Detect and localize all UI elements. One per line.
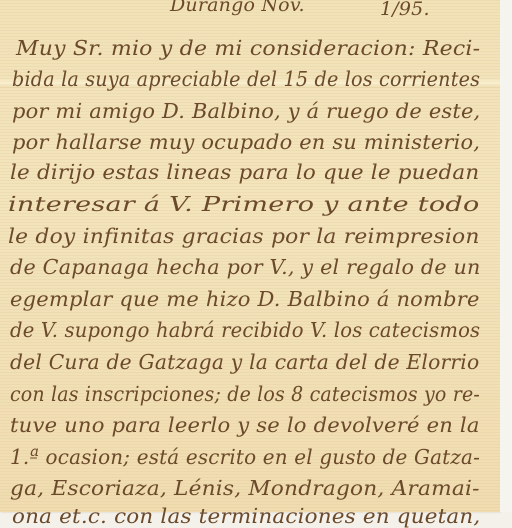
letter-line-7: le doy infinitas gracias por la reimpres… (8, 224, 480, 248)
letter-date: 1/95. (380, 0, 430, 20)
letter-line-8: de Capanaga hecha por V., y el regalo de… (10, 255, 481, 279)
letter-page: Durango Nov. 1/95. Muy Sr. mio y de mi c… (0, 0, 500, 512)
letter-line-14: 1.ª ocasion; está escrito en el gusto de… (10, 445, 480, 469)
letter-line-5: le dirijo estas lineas para lo que le pu… (10, 160, 479, 184)
letter-line-12: con las inscripciones; de los 8 catecism… (10, 382, 480, 406)
letter-line-6: interesar á V. Primero y ante todo (8, 192, 480, 216)
letter-line-11: del Cura de Gatzaga y la carta del de El… (10, 350, 479, 374)
scan-margin (500, 0, 512, 512)
letter-line-4: por hallarse muy ocupado en su ministeri… (12, 130, 480, 154)
letter-line-9: egemplar que me hizo D. Balbino á nombre (10, 287, 480, 311)
letter-line-2: bida la suya apreciable del 15 de los co… (12, 67, 480, 91)
letter-line-13: tuve uno para leerlo y se lo devolveré e… (10, 413, 480, 437)
letter-line-16: ona et.c. con las terminaciones en queta… (12, 504, 480, 512)
letter-line-15: ga, Escoriaza, Lénis, Mondragon, Aramai- (10, 476, 480, 500)
letter-place-date: Durango Nov. (170, 0, 305, 16)
letter-line-3: por mi amigo D. Balbino, y á ruego de es… (12, 99, 480, 123)
letter-line-10: de V. supongo habrá recibido V. los cate… (10, 318, 480, 342)
letter-line-1: Muy Sr. mio y de mi consideracion: Reci- (16, 36, 480, 60)
